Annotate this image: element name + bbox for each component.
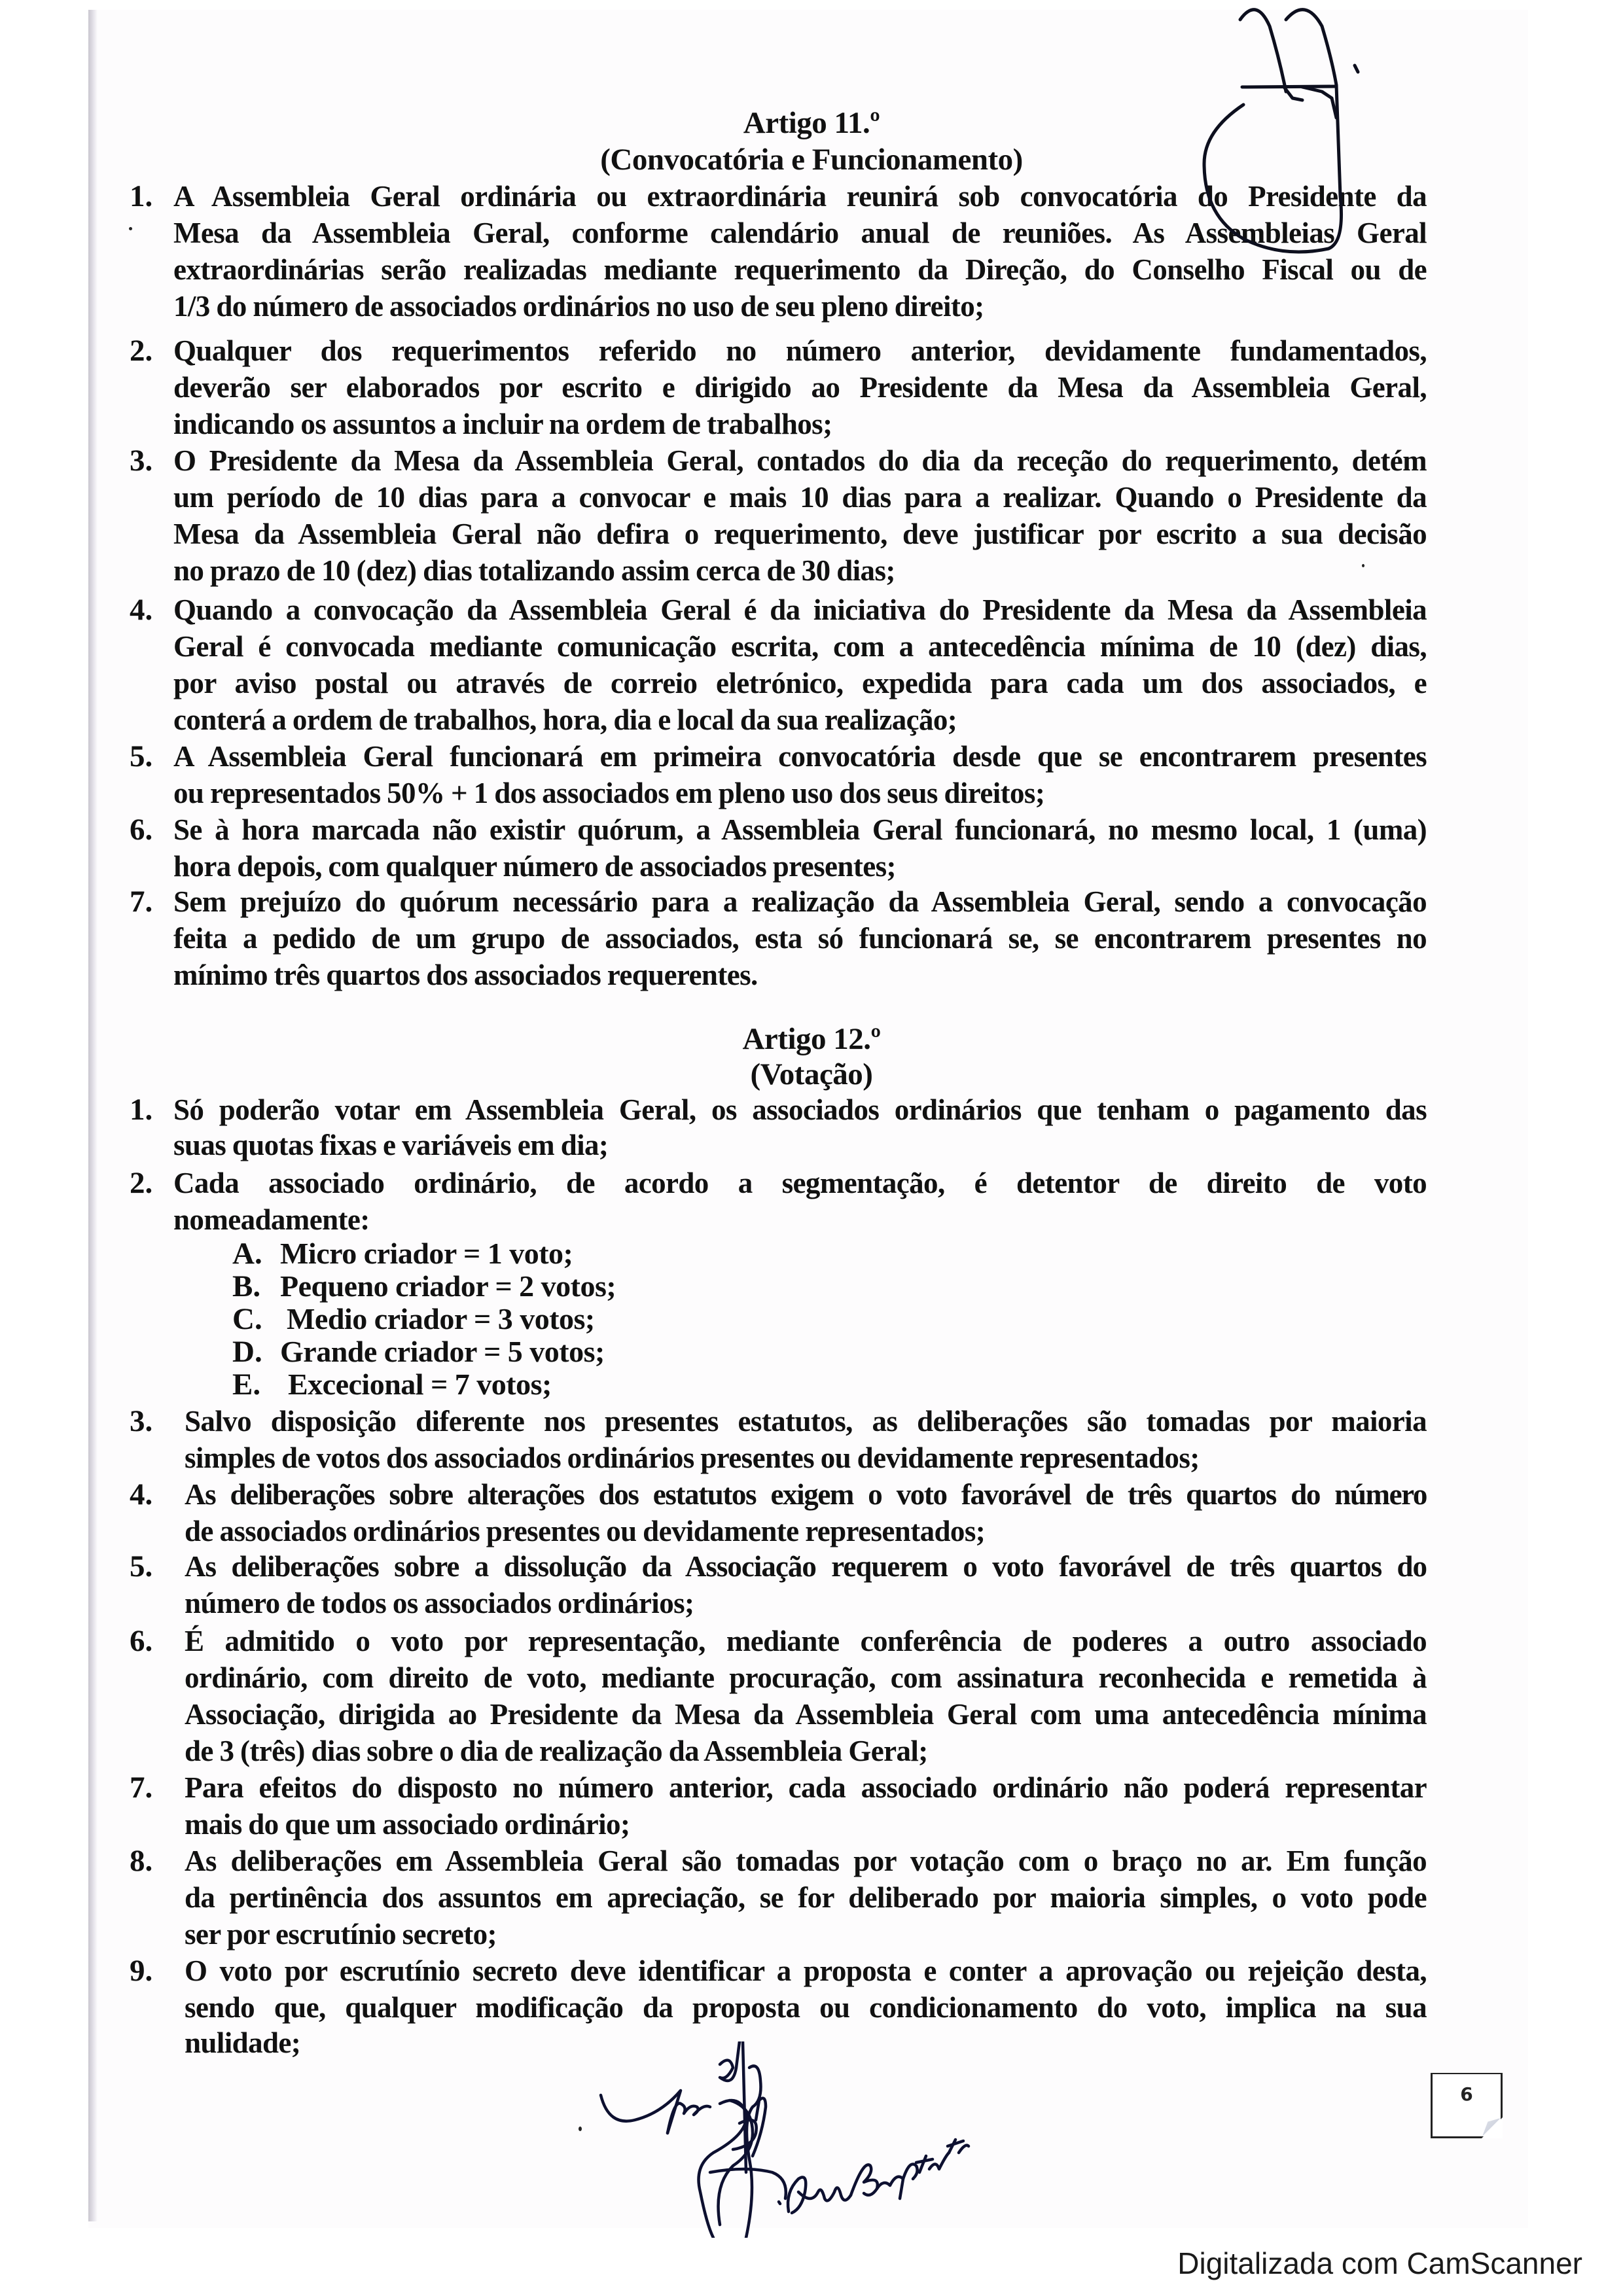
subitem-grande-criador: Grande criador = 5 votos; [280,1333,605,1370]
subitem-medio-criador: Medio criador = 3 votos; [287,1301,595,1337]
item-line: As deliberações em Assembleia Geral são … [185,1843,1427,1879]
item-line: mais do que um associado ordinário; [185,1806,1427,1843]
item-number: 3. [130,1403,152,1439]
item-line: Sem prejuízo do quórum necessário para a… [173,883,1427,920]
item-number: 2. [130,1165,152,1201]
item-number: 7. [130,1769,152,1806]
item-number: 5. [130,1548,152,1585]
item-number: 2. [130,332,152,369]
item-line: sendo que, qualquer modificação da propo… [185,1989,1427,2026]
item-line: As deliberações sobre alterações dos est… [185,1476,1427,1513]
item-line: Qualquer dos requerimentos referido no n… [173,332,1427,369]
item-line: deverão ser elaborados por escrito e dir… [173,369,1427,406]
item-number: 4. [130,592,152,628]
item-number: 8. [130,1843,152,1879]
scan-edge-shadow [88,10,98,2221]
item-line: 1/3 do número de associados ordinários n… [173,288,1427,325]
item-line: por aviso postal ou através de correio e… [173,665,1427,701]
item-line: da pertinência dos assuntos em apreciaçã… [185,1879,1427,1916]
item-line: Mesa da Assembleia Geral não defira o re… [173,516,1427,552]
item-line: conterá a ordem de trabalhos, hora, dia … [173,701,1427,738]
item-line: Mesa da Assembleia Geral, conforme calen… [173,215,1427,251]
item-line: de 3 (três) dias sobre o dia de realizaç… [185,1733,1427,1769]
item-number: 5. [130,738,152,775]
item-line: É admitido o voto por representação, med… [185,1623,1427,1659]
item-line: suas quotas fixas e variáveis em dia; [173,1127,1427,1163]
item-number: 1. [130,1091,152,1128]
item-line: mínimo três quartos dos associados reque… [173,957,1427,993]
subitem-micro-criador: Micro criador = 1 voto; [280,1235,573,1272]
item-line: A Assembleia Geral ordinária ou extraord… [173,178,1427,215]
item-line: de associados ordinários presentes ou de… [185,1513,1427,1549]
item-line: Cada associado ordinário, de acordo a se… [173,1165,1427,1201]
item-line: ordinário, com direito de voto, mediante… [185,1659,1427,1696]
article-11-subtitle: (Convocatória e Funcionamento) [0,141,1623,178]
item-line: número de todos os associados ordinários… [185,1585,1427,1621]
article-11-title: Artigo 11.º [0,105,1623,141]
item-line: Associação, dirigida ao Presidente da Me… [185,1696,1427,1733]
item-line: nulidade; [185,2024,1427,2061]
item-line: no prazo de 10 (dez) dias totalizando as… [173,552,1427,589]
item-number: 1. [130,178,152,215]
item-line: Para efeitos do disposto no número anter… [185,1769,1427,1806]
item-line: A Assembleia Geral funcionará em primeir… [173,738,1427,775]
item-number: 6. [130,811,152,848]
subitem-letter: D. [232,1333,262,1370]
subitem-excecional: Excecional = 7 votos; [288,1366,552,1403]
stray-mark [579,2127,582,2131]
item-line: indicando os assuntos a incluir na ordem… [173,406,1427,442]
item-line: O Presidente da Mesa da Assembleia Geral… [173,442,1427,479]
item-line: ser por escrutínio secreto; [185,1916,1427,1952]
camscanner-watermark: Digitalizada com CamScanner [1177,2246,1582,2281]
page-number: 6 [1433,2083,1501,2105]
article-12-subtitle: (Votação) [0,1056,1623,1093]
item-line: hora depois, com qualquer número de asso… [173,848,1427,885]
item-line: extraordinárias serão realizadas mediant… [173,251,1427,288]
item-line: Se à hora marcada não existir quórum, a … [173,811,1427,848]
item-number: 4. [130,1476,152,1513]
page-number-box: 6 [1431,2073,1503,2138]
item-number: 7. [130,883,152,920]
subitem-letter: B. [232,1268,260,1305]
subitem-pequeno-criador: Pequeno criador = 2 votos; [280,1268,616,1305]
subitem-letter: E. [232,1366,260,1403]
stray-mark [129,227,132,230]
item-line: simples de votos dos associados ordinári… [185,1439,1427,1476]
item-line: feita a pedido de um grupo de associados… [173,920,1427,957]
item-line: Geral é convocada mediante comunicação e… [173,628,1427,665]
stray-mark [1362,564,1364,567]
subitem-letter: A. [232,1235,262,1272]
item-number: 9. [130,1952,152,1989]
item-number: 6. [130,1623,152,1659]
item-number: 3. [130,442,152,479]
item-line: Quando a convocação da Assembleia Geral … [173,592,1427,628]
item-line: O voto por escrutínio secreto deve ident… [185,1952,1427,1989]
item-line: ou representados 50% + 1 dos associados … [173,775,1427,811]
item-line: um período de 10 dias para a convocar e … [173,479,1427,516]
subitem-letter: C. [232,1301,262,1337]
item-line: Só poderão votar em Assembleia Geral, os… [173,1091,1427,1128]
item-line: As deliberações sobre a dissolução da As… [185,1548,1427,1585]
item-line: Salvo disposição diferente nos presentes… [185,1403,1427,1439]
article-12-title: Artigo 12.º [0,1021,1623,1057]
item-line: nomeadamente: [173,1201,1427,1238]
